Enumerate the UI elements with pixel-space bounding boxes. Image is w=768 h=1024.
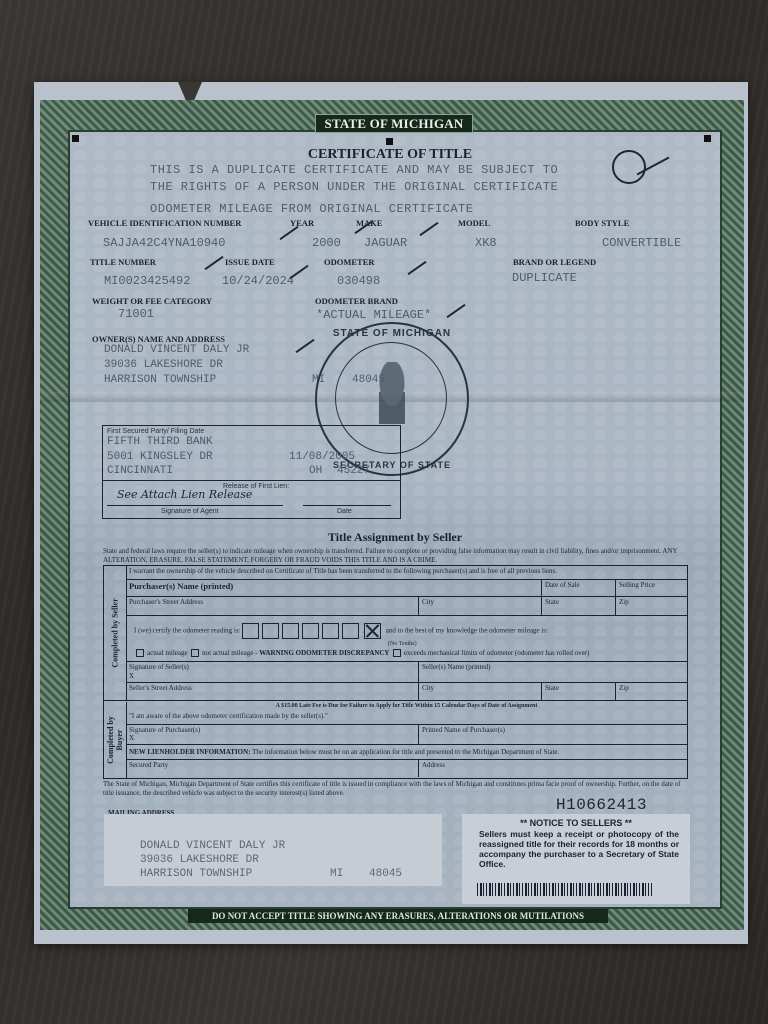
weight-label: WEIGHT OR FEE CATEGORY bbox=[92, 296, 212, 306]
purchaser-state-field[interactable]: State bbox=[541, 597, 616, 615]
mileage-options: actual mileage not actual mileage - WARN… bbox=[136, 649, 589, 657]
mailing-city: HARRISON TOWNSHIP bbox=[140, 868, 252, 880]
issue-date-value: 10/24/2024 bbox=[222, 274, 294, 288]
seller-street-label: Seller's Street Address bbox=[129, 684, 192, 692]
purchaser-address-row[interactable]: Purchaser's Street Address City State Zi… bbox=[126, 597, 687, 616]
certify-suffix: and to the best of my knowledge the odom… bbox=[386, 627, 548, 635]
lien-state: OH bbox=[309, 465, 322, 477]
purchaser-name-row: Purchaser(s) Name (printed) Date of Sale… bbox=[126, 580, 687, 597]
lien-divider bbox=[103, 480, 400, 481]
purchaser-signature-x: X bbox=[129, 734, 134, 742]
buyer-notice-row: A $15.00 Late Fee is Due for Failure to … bbox=[126, 702, 687, 725]
mailing-name: DONALD VINCENT DALY JR bbox=[140, 840, 285, 852]
state-label: State bbox=[545, 684, 559, 692]
odometer-brand-label: ODOMETER BRAND bbox=[315, 296, 398, 306]
lien-street: 5001 KINGSLEY DR bbox=[107, 451, 213, 463]
address-label: Address bbox=[422, 761, 445, 769]
handwritten-initial-mark bbox=[612, 150, 646, 184]
purchaser-printed-label: Printed Name of Purchaser(s) bbox=[422, 726, 505, 734]
secured-party-address-field[interactable]: Address bbox=[418, 760, 687, 777]
odometer-digit-box[interactable] bbox=[302, 623, 319, 639]
purchaser-printed-name-field[interactable]: Printed Name of Purchaser(s) bbox=[418, 725, 687, 744]
odometer-digit-box[interactable] bbox=[342, 623, 359, 639]
lien-city: CINCINNATI bbox=[107, 465, 173, 477]
date-of-sale-field[interactable]: Date of Sale bbox=[541, 580, 616, 596]
new-lienholder-heading: NEW LIENHOLDER INFORMATION: bbox=[129, 748, 250, 756]
purchaser-signature-row[interactable]: Signature of Purchaser(s) X Printed Name… bbox=[126, 725, 687, 745]
notice-to-sellers: ** NOTICE TO SELLERS ** Sellers must kee… bbox=[462, 814, 690, 904]
lien-date: 11/08/2005 bbox=[289, 451, 355, 463]
agent-signature-line bbox=[107, 505, 283, 506]
footer-banner: DO NOT ACCEPT TITLE SHOWING ANY ERASURES… bbox=[188, 909, 608, 923]
lien-name: FIFTH THIRD BANK bbox=[107, 436, 213, 448]
lien-zip: 45227 bbox=[337, 465, 370, 477]
mailing-state: MI bbox=[330, 868, 343, 880]
odometer-label: ODOMETER bbox=[324, 257, 375, 267]
assignment-table: Completed by Seller Completed by Buyer I… bbox=[103, 565, 688, 779]
owner-label: OWNER(S) NAME AND ADDRESS bbox=[92, 334, 225, 344]
odometer-value: 030498 bbox=[337, 274, 380, 288]
exceeds-limits-label: exceeds mechanical limits of odometer (o… bbox=[404, 649, 589, 657]
exceeds-limits-checkbox[interactable] bbox=[393, 649, 401, 657]
michigan-coat-of-arms-icon bbox=[365, 362, 419, 432]
state-label: State bbox=[545, 598, 559, 606]
model-label: MODEL bbox=[458, 218, 490, 228]
odometer-digit-box[interactable] bbox=[262, 623, 279, 639]
body-style-value: CONVERTIBLE bbox=[602, 236, 681, 250]
notice-body: Sellers must keep a receipt or photocopy… bbox=[479, 829, 679, 869]
control-number: H10662413 bbox=[556, 796, 647, 814]
not-actual-mileage-checkbox[interactable] bbox=[191, 649, 199, 657]
actual-mileage-label: actual mileage bbox=[147, 649, 188, 657]
body-style-label: BODY STYLE bbox=[575, 218, 629, 228]
odometer-tenths-box-crossed bbox=[364, 623, 381, 639]
title-number-label: TITLE NUMBER bbox=[90, 257, 156, 267]
purchaser-signature-label: Signature of Purchaser(s) bbox=[129, 726, 200, 734]
seller-address-row[interactable]: Seller's Street Address City State Zip bbox=[126, 683, 687, 701]
year-value: 2000 bbox=[312, 236, 341, 250]
certify-prefix: I (we) certify the odometer reading is: bbox=[134, 627, 241, 635]
seal-top-text: STATE OF MICHIGAN bbox=[317, 328, 467, 339]
warrant-text: I warrant the ownership of the vehicle d… bbox=[129, 567, 557, 575]
owner-name: DONALD VINCENT DALY JR bbox=[104, 344, 249, 356]
brand-label: BRAND OR LEGEND bbox=[513, 257, 596, 267]
mailing-address-window: DONALD VINCENT DALY JR 39036 LAKESHORE D… bbox=[104, 814, 442, 886]
buyer-section-tab: Completed by Buyer bbox=[104, 702, 127, 778]
not-actual-mileage-label: not actual mileage - bbox=[202, 649, 257, 657]
owner-street: 39036 LAKESHORE DR bbox=[104, 359, 223, 371]
odometer-digit-box[interactable] bbox=[282, 623, 299, 639]
duplicate-notice-line-2: THE RIGHTS OF A PERSON UNDER THE ORIGINA… bbox=[150, 180, 558, 194]
weight-value: 71001 bbox=[118, 307, 154, 321]
year-label: YEAR bbox=[290, 218, 314, 228]
mailing-street: 39036 LAKESHORE DR bbox=[140, 854, 259, 866]
odometer-digit-box[interactable] bbox=[242, 623, 259, 639]
odometer-certification-row: I (we) certify the odometer reading is: … bbox=[126, 616, 687, 662]
new-lienholder-instructions: The information below must be on an appl… bbox=[252, 748, 559, 756]
city-label: City bbox=[422, 598, 434, 606]
actual-mileage-checkbox[interactable] bbox=[136, 649, 144, 657]
center-marker-icon bbox=[386, 138, 393, 145]
seller-signature-row[interactable]: Signature of Seller(s) X Seller(s) Name … bbox=[126, 662, 687, 683]
new-lienholder-row: NEW LIENHOLDER INFORMATION: The informat… bbox=[126, 745, 687, 760]
header-banner: STATE OF MICHIGAN bbox=[315, 114, 473, 133]
odometer-notice: ODOMETER MILEAGE FROM ORIGINAL CERTIFICA… bbox=[150, 202, 473, 216]
seller-name-field[interactable]: Seller(s) Name (printed) bbox=[418, 662, 687, 682]
seller-section-tab: Completed by Seller bbox=[104, 566, 127, 701]
secured-party-label: Secured Party bbox=[129, 761, 168, 769]
warrant-row: I warrant the ownership of the vehicle d… bbox=[126, 566, 687, 580]
odometer-brand-value: *ACTUAL MILEAGE* bbox=[316, 308, 431, 322]
make-value: JAGUAR bbox=[364, 236, 407, 250]
notice-title: ** NOTICE TO SELLERS ** bbox=[462, 818, 690, 828]
discrepancy-warning: WARNING ODOMETER DISCREPANCY bbox=[259, 649, 389, 657]
seller-city-field[interactable]: City bbox=[418, 683, 542, 700]
seller-zip-field[interactable]: Zip bbox=[615, 683, 687, 700]
selling-price-field[interactable]: Selling Price bbox=[615, 580, 687, 596]
document-title: CERTIFICATE OF TITLE bbox=[240, 147, 540, 163]
agent-signature-label: Signature of Agent bbox=[161, 508, 219, 515]
release-date-label: Date bbox=[337, 508, 352, 515]
brand-value: DUPLICATE bbox=[512, 271, 577, 285]
assignment-warning: State and federal laws require the selle… bbox=[103, 547, 688, 565]
seller-signature-x: X bbox=[129, 672, 134, 680]
lien-label: First Secured Party/ Filing Date bbox=[107, 428, 204, 435]
secured-party-row[interactable]: Secured Party Address bbox=[126, 760, 687, 777]
release-handwritten: See Attach Lien Release bbox=[117, 488, 252, 501]
seller-state-field[interactable]: State bbox=[541, 683, 616, 700]
duplicate-notice-line-1: THIS IS A DUPLICATE CERTIFICATE AND MAY … bbox=[150, 163, 558, 177]
title-number-value: MI0023425492 bbox=[104, 274, 190, 288]
model-value: XK8 bbox=[475, 236, 497, 250]
no-tenths-note: (No Tenths) bbox=[388, 641, 417, 647]
barcode-icon bbox=[477, 883, 652, 896]
odometer-certify-line: I (we) certify the odometer reading is: … bbox=[134, 623, 548, 639]
selling-price-label: Selling Price bbox=[619, 581, 655, 589]
date-of-sale-label: Date of Sale bbox=[545, 581, 580, 589]
seller-tab-label: Completed by Seller bbox=[111, 598, 120, 667]
vin-value: SAJJA42C4YNA10940 bbox=[103, 236, 225, 250]
corner-marker-icon bbox=[72, 135, 79, 142]
purchaser-city-field[interactable]: City bbox=[418, 597, 542, 615]
issue-date-label: ISSUE DATE bbox=[225, 257, 275, 267]
first-lien-box: First Secured Party/ Filing Date FIFTH T… bbox=[102, 425, 401, 519]
assignment-title: Title Assignment by Seller bbox=[100, 530, 690, 545]
purchaser-street-label: Purchaser's Street Address bbox=[129, 598, 203, 606]
buyer-tab-label: Completed by Buyer bbox=[106, 710, 124, 770]
purchaser-zip-field[interactable]: Zip bbox=[615, 597, 687, 615]
corner-marker-icon bbox=[704, 135, 711, 142]
seller-signature-label: Signature of Seller(s) bbox=[129, 663, 189, 671]
owner-city: HARRISON TOWNSHIP bbox=[104, 374, 216, 386]
mailing-zip: 48045 bbox=[369, 868, 402, 880]
purchaser-name-label: Purchaser(s) Name (printed) bbox=[129, 581, 233, 591]
new-lienholder-text: NEW LIENHOLDER INFORMATION: The informat… bbox=[129, 748, 559, 756]
seller-name-label: Seller(s) Name (printed) bbox=[422, 663, 490, 671]
odometer-digit-box[interactable] bbox=[322, 623, 339, 639]
vin-label: VEHICLE IDENTIFICATION NUMBER bbox=[88, 218, 241, 228]
late-fee-notice: A $15.00 Late Fee is Due for Failure to … bbox=[126, 703, 687, 709]
buyer-aware-statement: "I am aware of the above odometer certif… bbox=[129, 712, 328, 720]
zip-label: Zip bbox=[619, 598, 629, 606]
release-date-line bbox=[303, 505, 391, 506]
city-label: City bbox=[422, 684, 434, 692]
zip-label: Zip bbox=[619, 684, 629, 692]
